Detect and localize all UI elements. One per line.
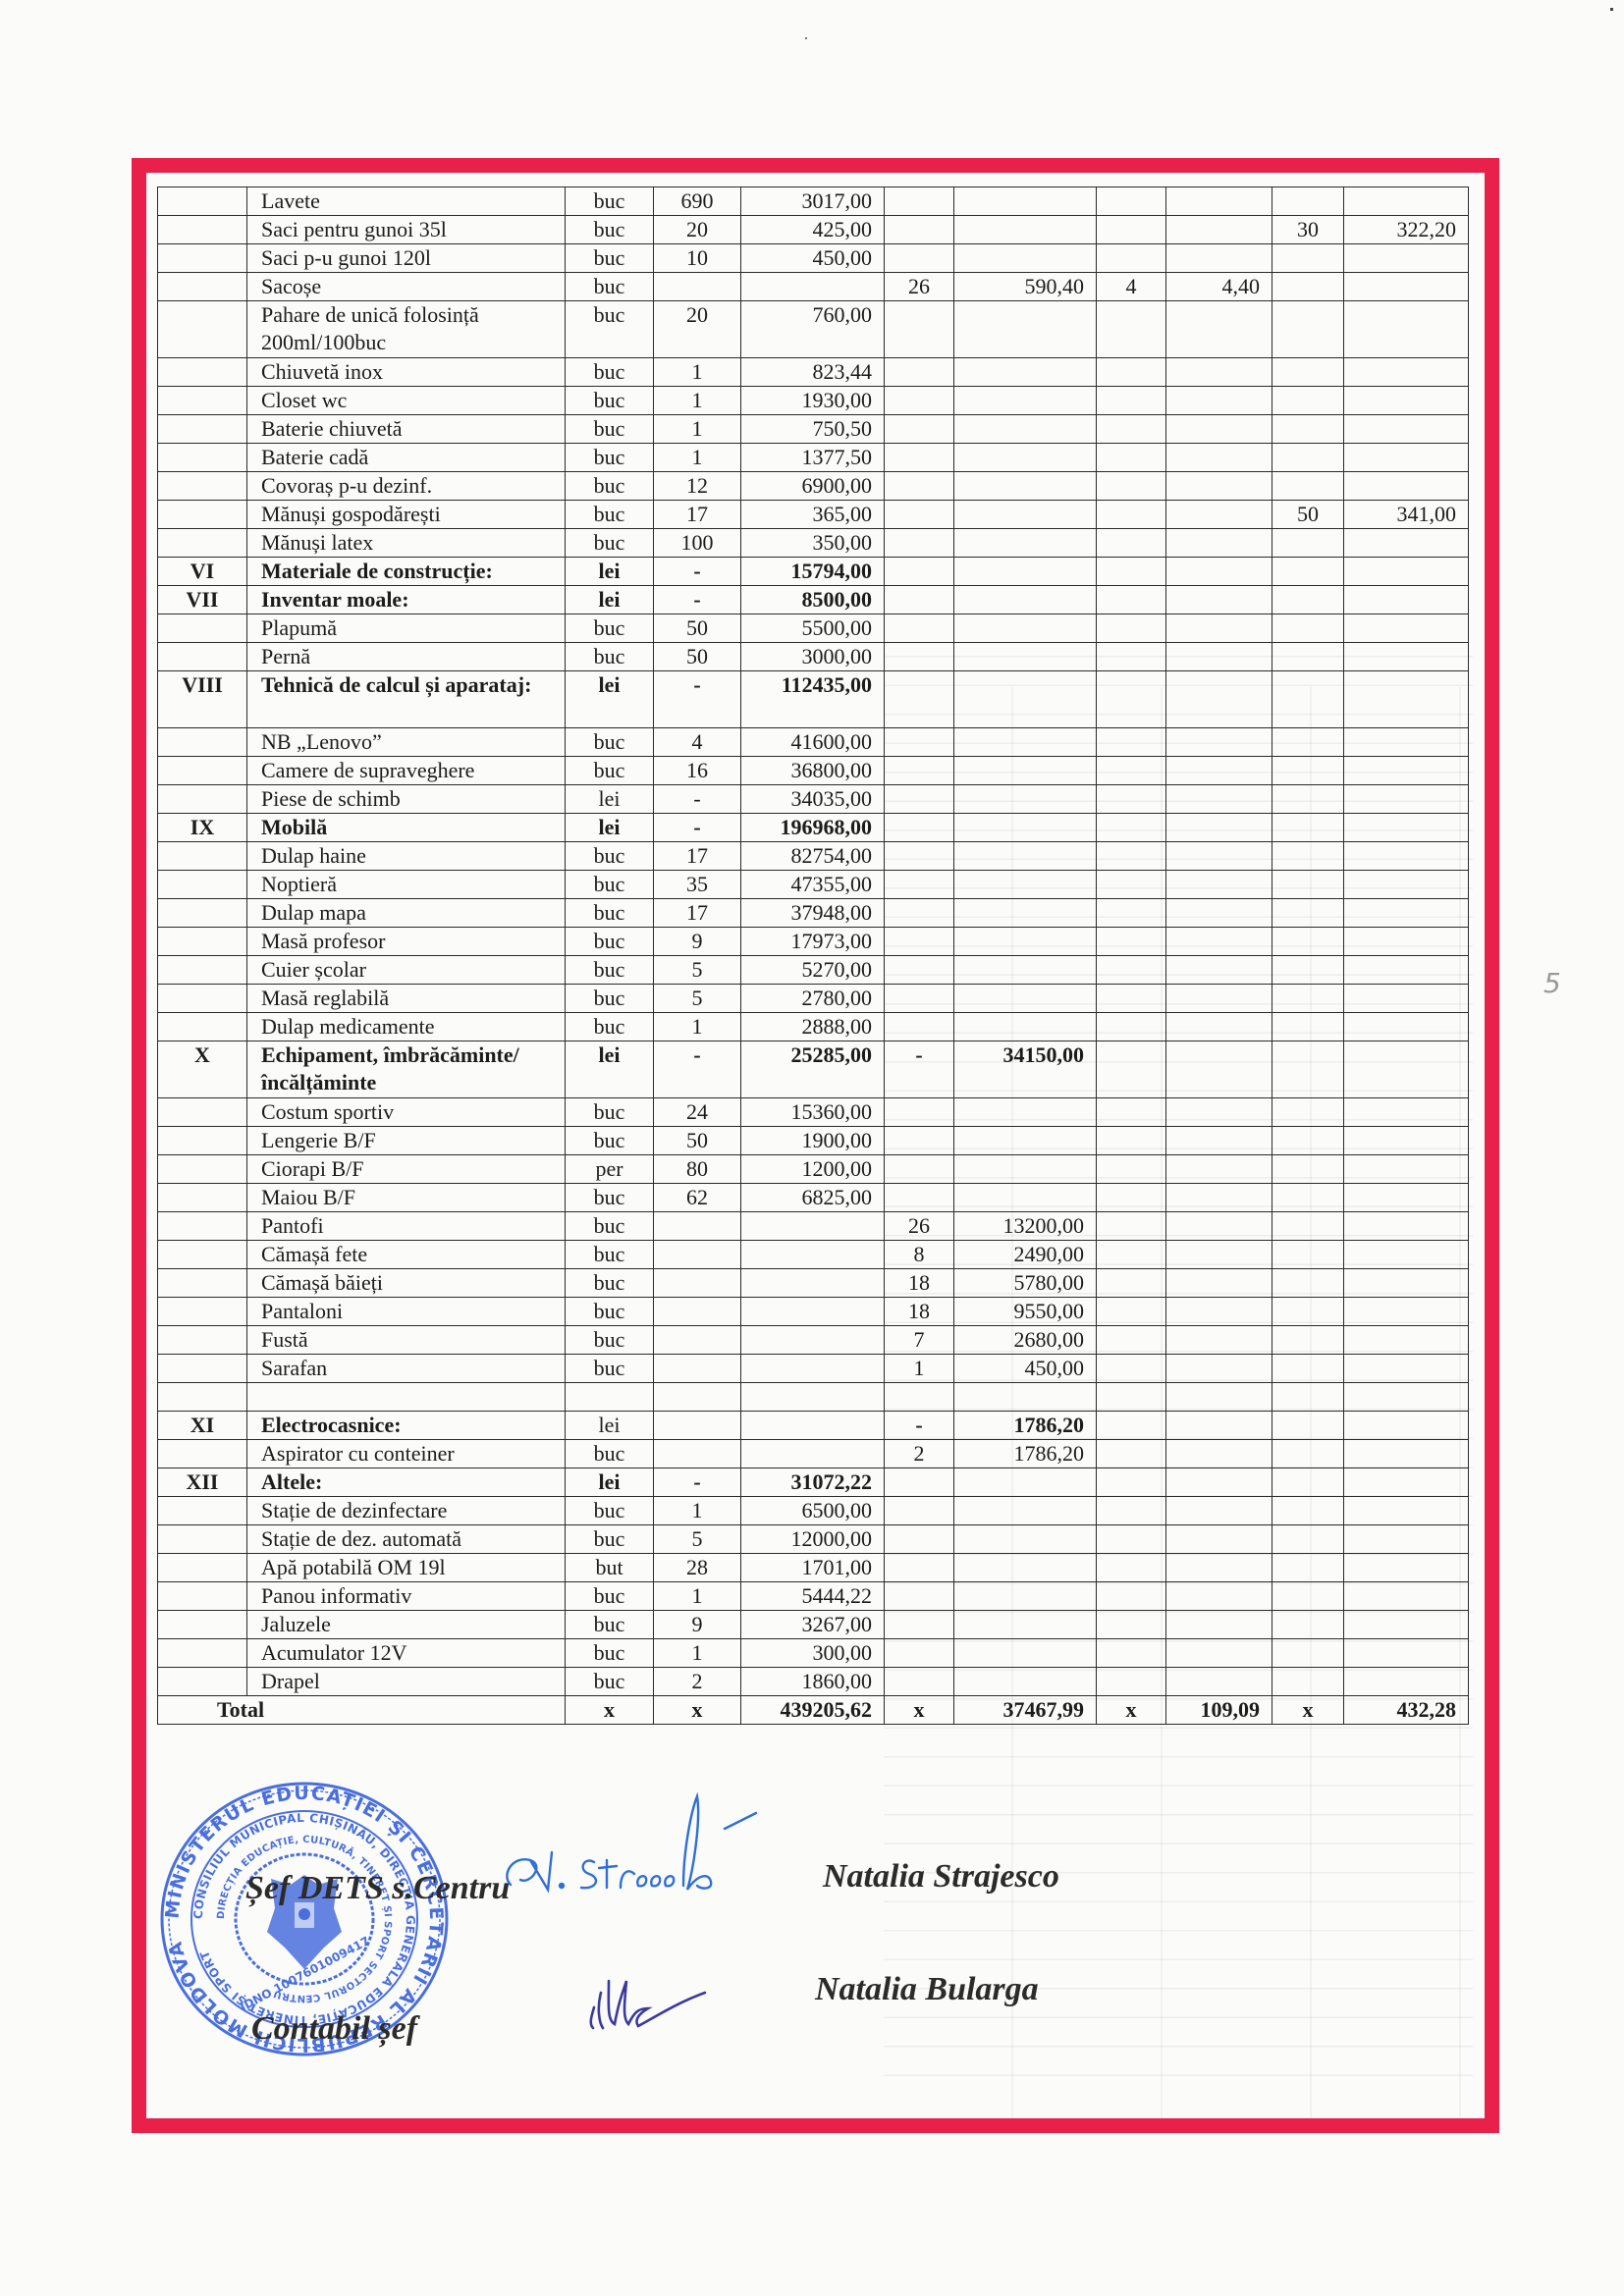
cell-sum-3 (1166, 1212, 1272, 1241)
cell-sum-4 (1344, 1440, 1469, 1468)
cell-quantity-3 (1097, 1212, 1166, 1241)
cell-unit: buc (566, 614, 654, 643)
signatory-name-director: Natalia Strajesco (823, 1858, 1059, 1896)
cell-sum-1 (741, 1412, 885, 1440)
cell-quantity-4 (1272, 1212, 1344, 1241)
cell-unit: buc (566, 472, 654, 501)
cell-quantity-3 (1097, 1611, 1166, 1639)
cell-quantity-1: 5 (654, 956, 741, 985)
cell-sum-4 (1344, 956, 1469, 985)
cell-sum-1: 6500,00 (741, 1497, 885, 1525)
cell-sum-1: 1377,50 (741, 444, 885, 472)
cell-quantity-3 (1097, 928, 1166, 956)
cell-sum-4 (1344, 643, 1469, 671)
cell-sum-4 (1344, 1013, 1469, 1041)
cell-quantity-2 (885, 558, 954, 586)
cell-quantity-2 (885, 472, 954, 501)
cell-sum-2: 1786,20 (954, 1412, 1097, 1440)
cell-quantity-2 (885, 1525, 954, 1554)
cell-sum-3 (1166, 444, 1272, 472)
cell-quantity-1: 5 (654, 985, 741, 1013)
cell-quantity-1 (654, 1241, 741, 1269)
cell-quantity-1: 10 (654, 244, 741, 273)
cell-quantity-3 (1097, 586, 1166, 614)
cell-quantity-4 (1272, 1041, 1344, 1098)
cell-sum-3 (1166, 1184, 1272, 1212)
cell-sum-4 (1344, 1582, 1469, 1611)
cell-sum-4 (1344, 728, 1469, 757)
cell-item-name: Plapumă (247, 614, 566, 643)
cell-sum-3 (1166, 1554, 1272, 1582)
cell-sum-1: 5500,00 (741, 614, 885, 643)
cell-row-number (158, 1639, 247, 1668)
cell-unit: buc (566, 216, 654, 244)
cell-sum-2 (954, 643, 1097, 671)
cell-row-number (158, 1155, 247, 1184)
cell-sum-1: 15794,00 (741, 558, 885, 586)
cell-quantity-4 (1272, 1241, 1344, 1269)
cell-item-name: Ciorapi B/F (247, 1155, 566, 1184)
cell-quantity-3 (1097, 244, 1166, 273)
cell-sum-3 (1166, 671, 1272, 728)
cell-unit: but (566, 1554, 654, 1582)
cell-unit: buc (566, 1355, 654, 1383)
cell-sum-2 (954, 1013, 1097, 1041)
cell-quantity-2 (885, 1554, 954, 1582)
cell-sum-3 (1166, 472, 1272, 501)
cell-item-name: Panou informativ (247, 1582, 566, 1611)
cell-quantity-3 (1097, 1041, 1166, 1098)
cell-sum-2 (954, 1668, 1097, 1696)
table-row: Covoraș p-u dezinf.buc126900,00 (158, 472, 1469, 501)
cell-sum-2 (954, 1639, 1097, 1668)
cell-sum-2 (954, 1155, 1097, 1184)
table-row: Masă profesorbuc917973,00 (158, 928, 1469, 956)
cell-quantity-1 (654, 1212, 741, 1241)
cell-row-number (158, 1269, 247, 1298)
cell-quantity-2: - (885, 1041, 954, 1098)
cell-sum-4 (1344, 1212, 1469, 1241)
cell-sum-2 (954, 529, 1097, 558)
cell-sum-4 (1344, 1611, 1469, 1639)
cell-sum-1: 750,50 (741, 415, 885, 444)
cell-item-name: Cămașă fete (247, 1241, 566, 1269)
cell-unit: buc (566, 187, 654, 216)
cell-quantity-1: 20 (654, 216, 741, 244)
cell-quantity-1: - (654, 1041, 741, 1098)
cell-unit: buc (566, 1326, 654, 1355)
cell-quantity-2: 2 (885, 1440, 954, 1468)
cell-sum-1: 450,00 (741, 244, 885, 273)
cell-item-name: Inventar moale: (247, 586, 566, 614)
cell-item-name: Masă profesor (247, 928, 566, 956)
cell-quantity-2 (885, 928, 954, 956)
cell-sum-1 (741, 1383, 885, 1412)
cell-sum-4 (1344, 1554, 1469, 1582)
cell-sum-1 (741, 1298, 885, 1326)
cell-quantity-4 (1272, 472, 1344, 501)
cell-sum-4 (1344, 1383, 1469, 1412)
cell-quantity-2 (885, 187, 954, 216)
cell-quantity-4 (1272, 1497, 1344, 1525)
cell-quantity-2 (885, 1127, 954, 1155)
cell-sum-1: 2888,00 (741, 1013, 885, 1041)
cell-sum-3 (1166, 956, 1272, 985)
cell-quantity-2 (885, 1639, 954, 1668)
cell-quantity-4 (1272, 1383, 1344, 1412)
cell-row-number (158, 415, 247, 444)
cell-quantity-1: 80 (654, 1155, 741, 1184)
cell-quantity-2 (885, 501, 954, 529)
cell-quantity-4 (1272, 814, 1344, 842)
cell-sum-1 (741, 1269, 885, 1298)
inventory-table: Lavetebuc6903017,00Saci pentru gunoi 35l… (157, 187, 1469, 1725)
cell-quantity-1 (654, 1326, 741, 1355)
cell-quantity-2 (885, 244, 954, 273)
cell-sum-3 (1166, 1525, 1272, 1554)
cell-sum-3 (1166, 728, 1272, 757)
table-row: Noptierăbuc3547355,00 (158, 871, 1469, 899)
cell-sum-4 (1344, 814, 1469, 842)
cell-sum-4 (1344, 1668, 1469, 1696)
table-row: Drapelbuc21860,00 (158, 1668, 1469, 1696)
cell-unit: buc (566, 1440, 654, 1468)
cell-sum-4 (1344, 1298, 1469, 1326)
cell-row-number (158, 387, 247, 415)
cell-row-number (158, 1298, 247, 1326)
cell-item-name: Tehnică de calcul și aparataj: (247, 671, 566, 728)
cell-sum-3 (1166, 1468, 1272, 1497)
cell-sum-2 (954, 928, 1097, 956)
cell-quantity-3 (1097, 301, 1166, 358)
cell-sum-1: 15360,00 (741, 1098, 885, 1127)
cell-unit: per (566, 1155, 654, 1184)
cell-row-number: VII (158, 586, 247, 614)
table-row: Aspirator cu conteinerbuc21786,20 (158, 1440, 1469, 1468)
cell-quantity-3 (1097, 187, 1166, 216)
cell-quantity-4 (1272, 387, 1344, 415)
cell-item-name: Pernă (247, 643, 566, 671)
cell-quantity-1: 1 (654, 415, 741, 444)
cell-unit: buc (566, 871, 654, 899)
cell-quantity-2 (885, 871, 954, 899)
cell-sum-2 (954, 586, 1097, 614)
cell-quantity-4 (1272, 415, 1344, 444)
cell-item-name: Cămașă băieți (247, 1269, 566, 1298)
total-q4: x (1272, 1696, 1344, 1725)
cell-sum-3 (1166, 1013, 1272, 1041)
cell-row-number (158, 444, 247, 472)
cell-sum-2 (954, 216, 1097, 244)
cell-unit: buc (566, 244, 654, 273)
cell-row-number (158, 928, 247, 956)
cell-sum-4 (1344, 586, 1469, 614)
cell-quantity-3 (1097, 501, 1166, 529)
cell-quantity-2: 26 (885, 1212, 954, 1241)
cell-sum-2 (954, 1525, 1097, 1554)
cell-quantity-4 (1272, 1525, 1344, 1554)
table-row: Dulap mapabuc1737948,00 (158, 899, 1469, 928)
cell-quantity-4 (1272, 444, 1344, 472)
cell-row-number (158, 1184, 247, 1212)
cell-quantity-1: 1 (654, 387, 741, 415)
cell-sum-2: 2490,00 (954, 1241, 1097, 1269)
cell-unit: buc (566, 415, 654, 444)
cell-sum-4 (1344, 985, 1469, 1013)
total-q3: x (1097, 1696, 1166, 1725)
cell-sum-4 (1344, 899, 1469, 928)
cell-unit: buc (566, 358, 654, 387)
cell-quantity-1: 1 (654, 444, 741, 472)
cell-quantity-4 (1272, 1611, 1344, 1639)
table-row: Sacoșebuc26590,4044,40 (158, 273, 1469, 301)
cell-unit: buc (566, 643, 654, 671)
cell-item-name: Dulap haine (247, 842, 566, 871)
table-row: Maiou B/Fbuc626825,00 (158, 1184, 1469, 1212)
cell-quantity-1: 1 (654, 358, 741, 387)
cell-sum-3 (1166, 1440, 1272, 1468)
scan-speck (805, 37, 807, 39)
cell-quantity-4: 30 (1272, 216, 1344, 244)
cell-quantity-3 (1097, 444, 1166, 472)
cell-quantity-2: 18 (885, 1269, 954, 1298)
cell-quantity-3 (1097, 529, 1166, 558)
cell-sum-1 (741, 1241, 885, 1269)
cell-sum-4 (1344, 187, 1469, 216)
cell-quantity-4 (1272, 273, 1344, 301)
cell-sum-2 (954, 415, 1097, 444)
cell-item-name: Baterie cadă (247, 444, 566, 472)
cell-row-number (158, 244, 247, 273)
table-row: Ciorapi B/Fper801200,00 (158, 1155, 1469, 1184)
cell-unit: buc (566, 1013, 654, 1041)
cell-quantity-2 (885, 643, 954, 671)
cell-row-number (158, 1582, 247, 1611)
cell-row-number (158, 728, 247, 757)
cell-item-name: Pahare de unică folosință 200ml/100buc (247, 301, 566, 358)
cell-row-number (158, 757, 247, 785)
table-row: Mănuși gospodăreștibuc17365,0050341,00 (158, 501, 1469, 529)
cell-sum-1: 3017,00 (741, 187, 885, 216)
cell-item-name: Baterie chiuvetă (247, 415, 566, 444)
cell-sum-3 (1166, 785, 1272, 814)
cell-sum-2 (954, 871, 1097, 899)
cell-sum-4 (1344, 842, 1469, 871)
table-row: Sarafanbuc1450,00 (158, 1355, 1469, 1383)
cell-sum-2 (954, 842, 1097, 871)
cell-quantity-4 (1272, 728, 1344, 757)
cell-sum-1: 365,00 (741, 501, 885, 529)
cell-quantity-1 (654, 1269, 741, 1298)
cell-unit: buc (566, 1184, 654, 1212)
cell-sum-3 (1166, 216, 1272, 244)
cell-quantity-1 (654, 273, 741, 301)
cell-quantity-1: 1 (654, 1013, 741, 1041)
cell-sum-2 (954, 444, 1097, 472)
cell-sum-3 (1166, 1298, 1272, 1326)
table-row: Saci p-u gunoi 120lbuc10450,00 (158, 244, 1469, 273)
cell-row-number (158, 1212, 247, 1241)
cell-quantity-2 (885, 1611, 954, 1639)
cell-sum-3 (1166, 187, 1272, 216)
cell-sum-4 (1344, 1098, 1469, 1127)
cell-sum-3 (1166, 1326, 1272, 1355)
cell-sum-3 (1166, 1269, 1272, 1298)
cell-row-number (158, 842, 247, 871)
cell-sum-4 (1344, 757, 1469, 785)
cell-item-name: Altele: (247, 1468, 566, 1497)
total-label: Total (158, 1696, 566, 1725)
cell-sum-1: 1930,00 (741, 387, 885, 415)
cell-sum-2 (954, 301, 1097, 358)
total-s4: 432,28 (1344, 1696, 1469, 1725)
cell-quantity-3 (1097, 1184, 1166, 1212)
total-s1: 439205,62 (741, 1696, 885, 1725)
cell-quantity-4 (1272, 643, 1344, 671)
cell-item-name: Stație de dez. automată (247, 1525, 566, 1554)
cell-quantity-2 (885, 358, 954, 387)
cell-quantity-4 (1272, 1298, 1344, 1326)
cell-item-name: Camere de supraveghere (247, 757, 566, 785)
cell-row-number (158, 1241, 247, 1269)
cell-quantity-2 (885, 301, 954, 358)
cell-sum-1: 12000,00 (741, 1525, 885, 1554)
signature-role-director: Șef DETS s.Centru (245, 1870, 510, 1907)
cell-unit: buc (566, 387, 654, 415)
cell-quantity-1: 9 (654, 1611, 741, 1639)
cell-sum-4 (1344, 472, 1469, 501)
table-row: Plapumăbuc505500,00 (158, 614, 1469, 643)
cell-sum-3 (1166, 1611, 1272, 1639)
cell-sum-4 (1344, 387, 1469, 415)
cell-item-name: Chiuvetă inox (247, 358, 566, 387)
cell-item-name: Dulap medicamente (247, 1013, 566, 1041)
cell-item-name: Closet wc (247, 387, 566, 415)
cell-item-name: Acumulator 12V (247, 1639, 566, 1668)
cell-quantity-1: - (654, 671, 741, 728)
total-s2: 37467,99 (954, 1696, 1097, 1725)
cell-unit: buc (566, 985, 654, 1013)
cell-quantity-4 (1272, 928, 1344, 956)
cell-row-number (158, 501, 247, 529)
scan-speck (1610, 8, 1613, 11)
cell-quantity-4 (1272, 956, 1344, 985)
cell-sum-4 (1344, 1041, 1469, 1098)
total-q2: x (885, 1696, 954, 1725)
cell-quantity-1: 24 (654, 1098, 741, 1127)
cell-quantity-4 (1272, 842, 1344, 871)
cell-sum-3 (1166, 1668, 1272, 1696)
cell-quantity-1: 5 (654, 1525, 741, 1554)
cell-quantity-4 (1272, 1269, 1344, 1298)
cell-quantity-3 (1097, 1127, 1166, 1155)
cell-sum-4 (1344, 415, 1469, 444)
cell-unit: buc (566, 928, 654, 956)
cell-unit: lei (566, 671, 654, 728)
cell-unit: buc (566, 728, 654, 757)
cell-sum-2: 590,40 (954, 273, 1097, 301)
cell-quantity-2: 18 (885, 1298, 954, 1326)
cell-row-number (158, 1355, 247, 1383)
cell-quantity-2 (885, 842, 954, 871)
cell-quantity-4 (1272, 1155, 1344, 1184)
cell-sum-3 (1166, 985, 1272, 1013)
cell-quantity-3 (1097, 415, 1166, 444)
cell-row-number (158, 1611, 247, 1639)
cell-item-name: Echipament, îmbrăcăminte/încălțăminte (247, 1041, 566, 1098)
cell-row-number (158, 1497, 247, 1525)
cell-sum-2 (954, 187, 1097, 216)
cell-quantity-1 (654, 1355, 741, 1383)
cell-quantity-1 (654, 1298, 741, 1326)
cell-sum-3 (1166, 1497, 1272, 1525)
cell-sum-3 (1166, 871, 1272, 899)
section-row: XIElectrocasnice:lei-1786,20 (158, 1412, 1469, 1440)
table-row: Dulap hainebuc1782754,00 (158, 842, 1469, 871)
cell-sum-4 (1344, 1355, 1469, 1383)
cell-quantity-4 (1272, 244, 1344, 273)
cell-quantity-3 (1097, 1383, 1166, 1412)
cell-unit: lei (566, 814, 654, 842)
cell-item-name: Electrocasnice: (247, 1412, 566, 1440)
section-row: IXMobilălei-196968,00 (158, 814, 1469, 842)
cell-unit: lei (566, 586, 654, 614)
cell-quantity-4 (1272, 1098, 1344, 1127)
cell-sum-4 (1344, 558, 1469, 586)
cell-quantity-3: 4 (1097, 273, 1166, 301)
cell-item-name: Masă reglabilă (247, 985, 566, 1013)
cell-quantity-2 (885, 1383, 954, 1412)
cell-item-name: Sacoșe (247, 273, 566, 301)
cell-sum-3 (1166, 643, 1272, 671)
cell-item-name: Mobilă (247, 814, 566, 842)
cell-quantity-1: 1 (654, 1582, 741, 1611)
cell-row-number (158, 1668, 247, 1696)
cell-item-name: Sarafan (247, 1355, 566, 1383)
cell-sum-1: 760,00 (741, 301, 885, 358)
cell-row-number (158, 985, 247, 1013)
cell-row-number (158, 358, 247, 387)
cell-sum-4: 322,20 (1344, 216, 1469, 244)
cell-row-number (158, 614, 247, 643)
cell-sum-1: 36800,00 (741, 757, 885, 785)
cell-sum-1: 823,44 (741, 358, 885, 387)
cell-sum-4 (1344, 1525, 1469, 1554)
cell-row-number: X (158, 1041, 247, 1098)
cell-item-name: Pantofi (247, 1212, 566, 1241)
cell-quantity-3 (1097, 1639, 1166, 1668)
table-row: Stație de dezinfectarebuc16500,00 (158, 1497, 1469, 1525)
cell-row-number (158, 1013, 247, 1041)
cell-quantity-1: 100 (654, 529, 741, 558)
cell-sum-1 (741, 1212, 885, 1241)
cell-sum-3 (1166, 1639, 1272, 1668)
cell-quantity-1: 1 (654, 1639, 741, 1668)
cell-quantity-3 (1097, 614, 1166, 643)
cell-quantity-1: 50 (654, 643, 741, 671)
table-row: Panou informativbuc15444,22 (158, 1582, 1469, 1611)
cell-unit: buc (566, 444, 654, 472)
cell-sum-4 (1344, 358, 1469, 387)
cell-sum-3 (1166, 899, 1272, 928)
cell-row-number (158, 1525, 247, 1554)
cell-unit: buc (566, 956, 654, 985)
cell-quantity-1: - (654, 586, 741, 614)
cell-sum-3 (1166, 586, 1272, 614)
table-row: Cămașă băiețibuc185780,00 (158, 1269, 1469, 1298)
cell-quantity-3 (1097, 1440, 1166, 1468)
cell-quantity-1: 17 (654, 501, 741, 529)
